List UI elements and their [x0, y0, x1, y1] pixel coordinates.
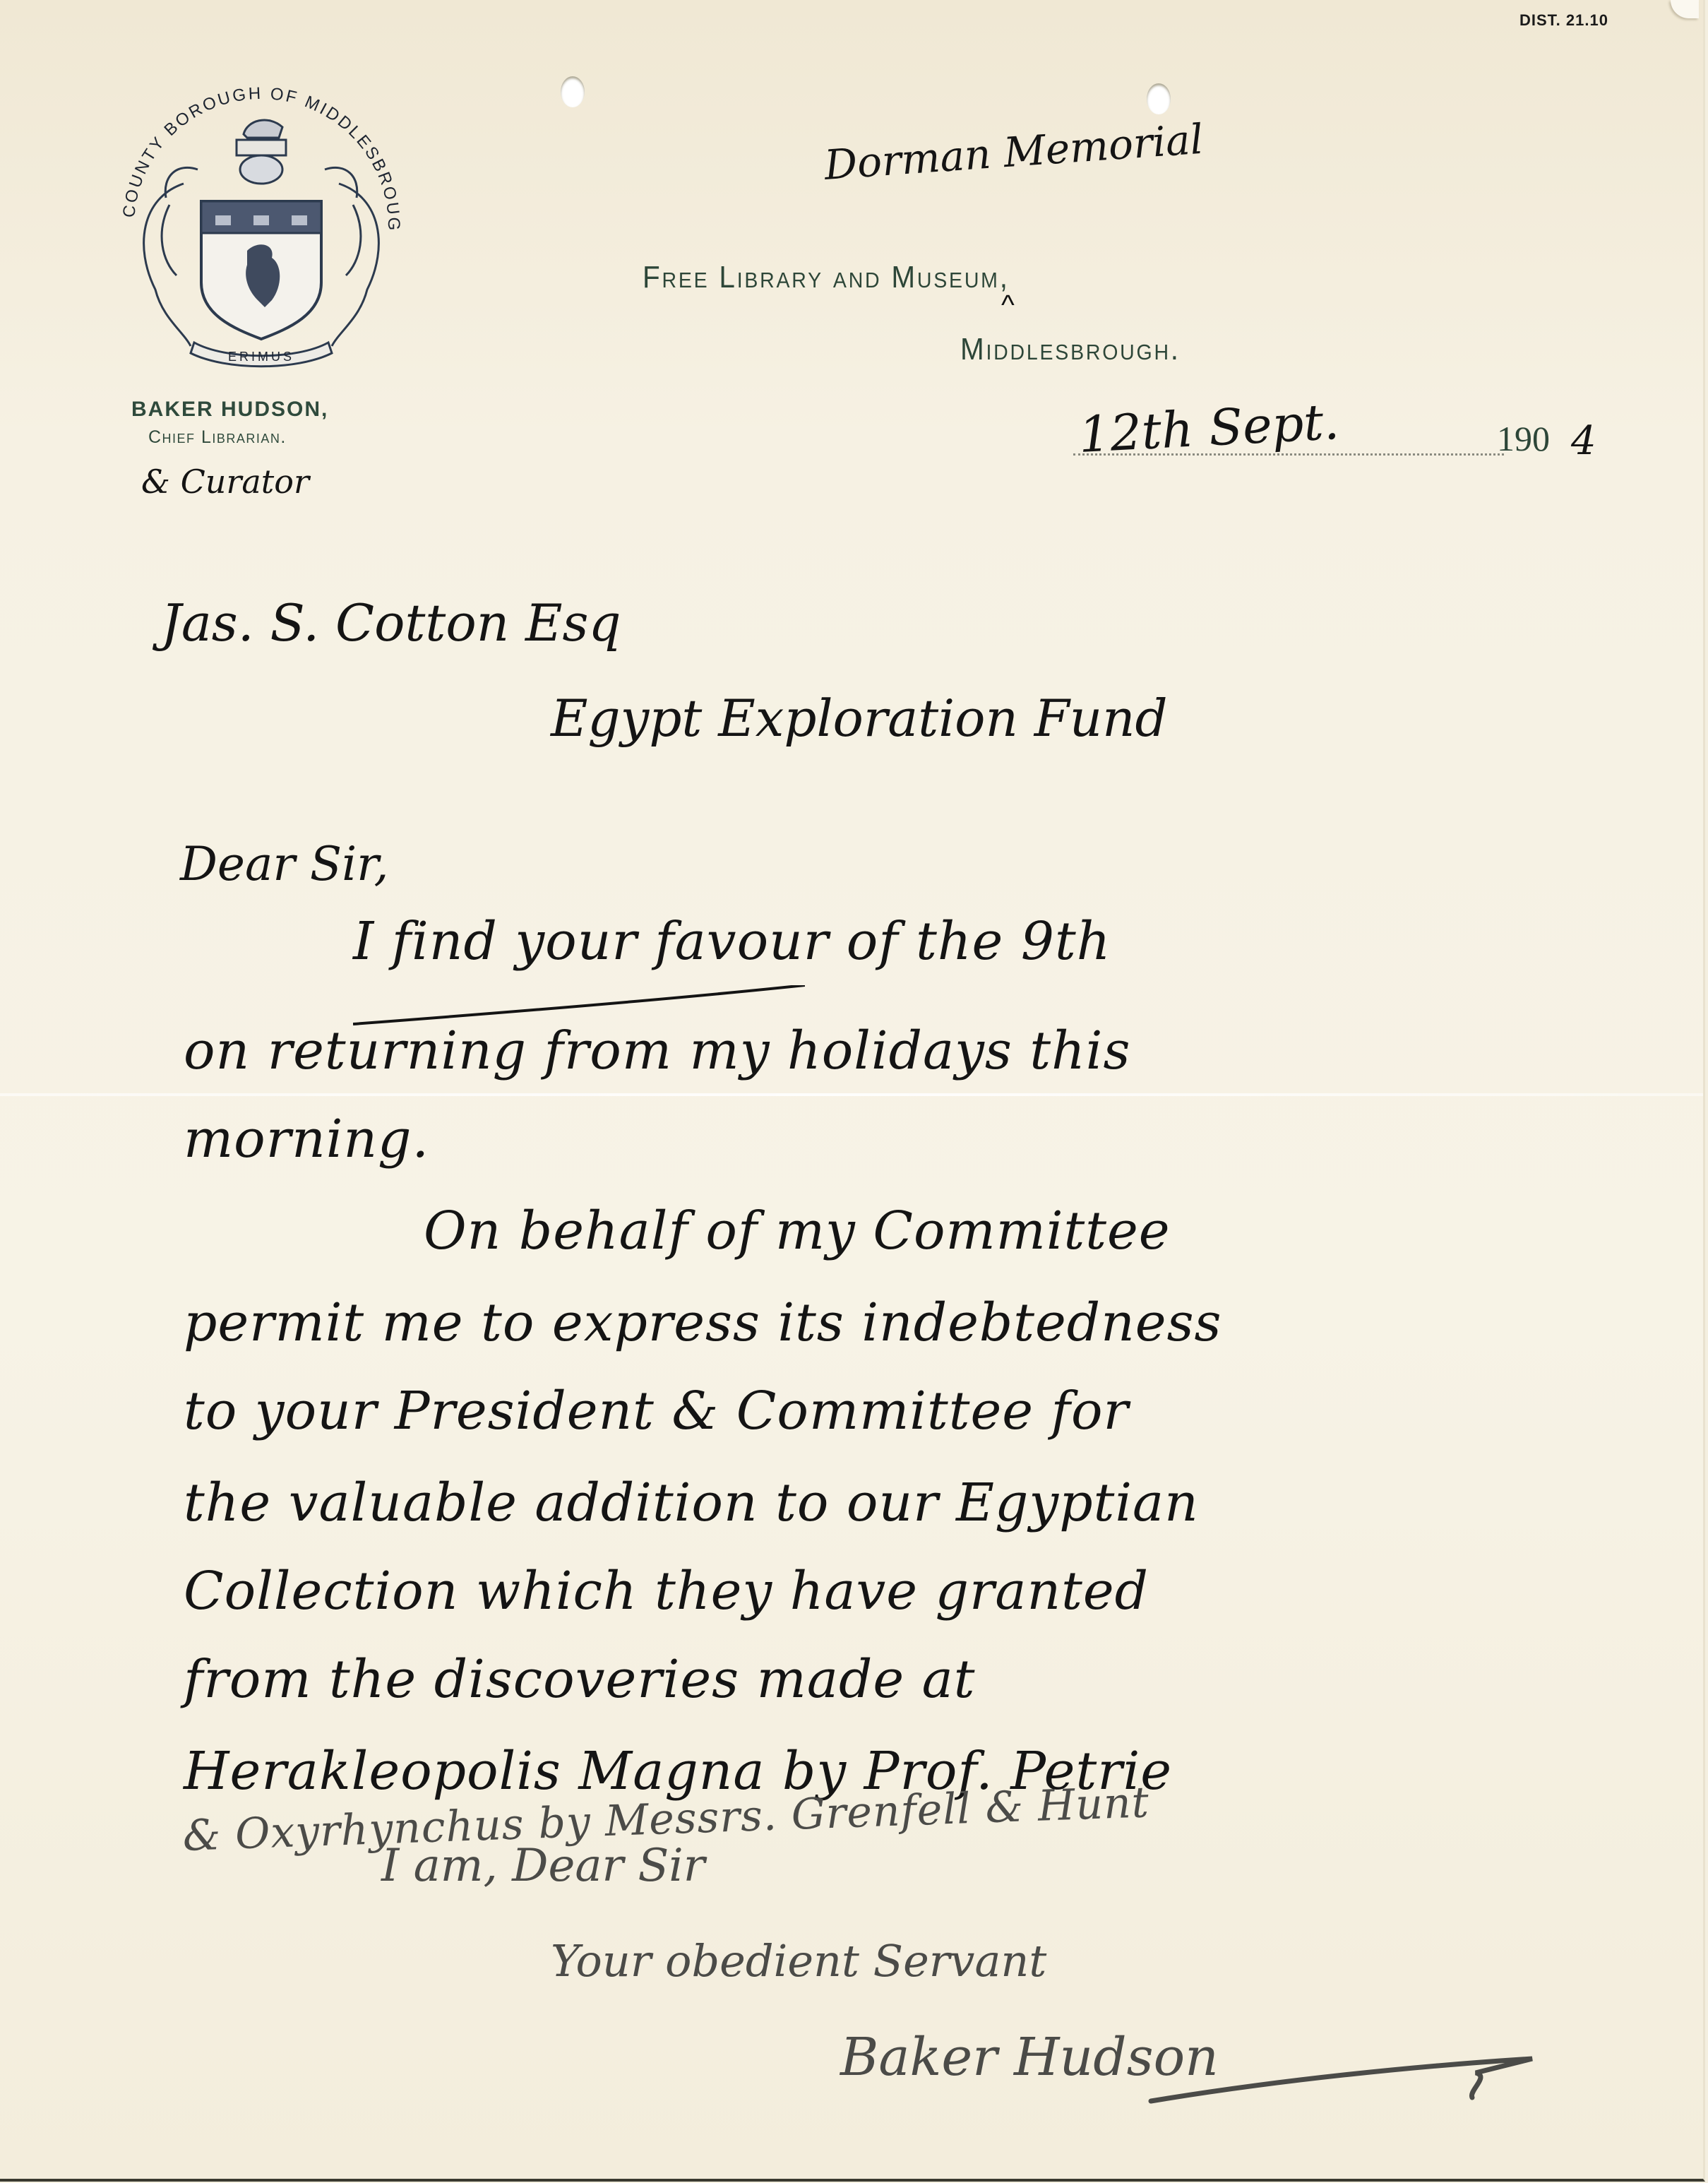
closing-line-2: Your obedient Servant — [551, 1935, 1046, 1987]
body-line-7: the valuable addition to our Egyptian — [184, 1473, 1199, 1533]
dog-eared-corner — [1671, 0, 1699, 18]
punch-hole-right — [1147, 83, 1171, 114]
body-line-9: from the discoveries made at — [184, 1649, 976, 1710]
punch-hole-left — [561, 76, 585, 107]
fold-crease — [0, 1093, 1703, 1096]
signature-flourish — [1137, 2052, 1560, 2108]
librarian-name: BAKER HUDSON, — [131, 398, 328, 422]
letter-page: DIST. 21.10 COUNTY BOROUGH OF MIDDLESBRO… — [0, 0, 1705, 2182]
handwritten-year-digit: 4 — [1571, 418, 1596, 464]
printed-year: 190 — [1497, 418, 1550, 459]
coat-of-arms-icon: COUNTY BOROUGH OF MIDDLESBROUGH — [106, 64, 417, 374]
body-line-5: permit me to express its indebtedness — [184, 1292, 1222, 1353]
closing-line-1: I am, Dear Sir — [381, 1840, 705, 1892]
recipient-organization: Egypt Exploration Fund — [551, 689, 1168, 748]
institution-city: Middlesbrough. — [960, 332, 1181, 367]
body-line-6: to your President & Committee for — [184, 1381, 1129, 1441]
recipient-name: Jas. S. Cotton Esq — [161, 593, 621, 653]
handwritten-curator: & Curator — [141, 463, 309, 501]
librarian-title: Chief Librarian. — [148, 427, 287, 448]
body-line-2: on returning from my holidays this — [184, 1021, 1130, 1081]
body-line-4: On behalf of my Committee — [424, 1201, 1171, 1261]
crest-motto: ERIMUS — [228, 350, 294, 364]
body-line-3: morning. — [184, 1109, 429, 1170]
institution-name: Free Library and Museum, — [643, 260, 1010, 295]
insertion-caret: ^ — [1001, 290, 1015, 321]
salutation: Dear Sir, — [180, 837, 388, 891]
body-line-8: Collection which they have granted — [184, 1561, 1149, 1622]
body-line-1: I find your favour of the 9th — [353, 911, 1111, 972]
archive-reference: DIST. 21.10 — [1519, 11, 1608, 30]
handwritten-dorman-memorial: Dorman Memorial — [823, 115, 1205, 189]
